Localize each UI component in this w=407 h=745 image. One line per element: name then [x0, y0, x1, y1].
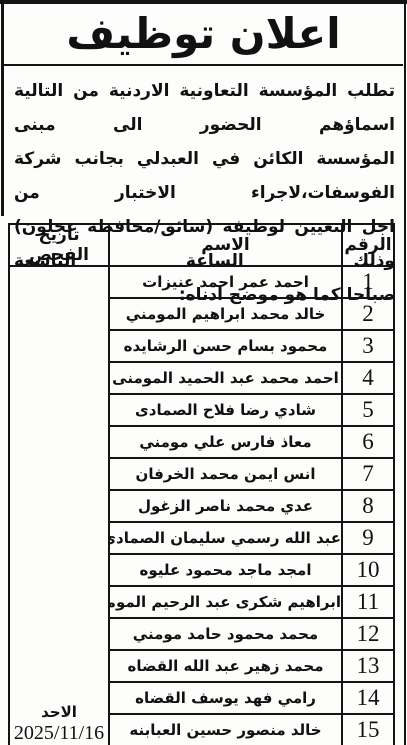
header-exam-date: تاريخ الفحص [9, 224, 109, 266]
applicant-number: 5 [342, 394, 394, 426]
body-line: تطلب المؤسسة التعاونية الاردنية من التال… [14, 74, 395, 142]
announcement-header-box: اعلان توظيف تطلب المؤسسة التعاونية الارد… [1, 4, 403, 216]
table-header-row: الرقم الاسم تاريخ الفحص [9, 224, 394, 266]
applicant-number: 14 [342, 682, 394, 714]
applicant-name: معاذ فارس علي مومني [109, 426, 342, 458]
table-body: 1 احمد عمر احمد عنيزات الاحد 2025/11/16 … [9, 266, 394, 745]
exam-day-label: الاحد [10, 702, 108, 722]
applicant-name: انس ايمن محمد الخرفان [109, 458, 342, 490]
applicant-number: 3 [342, 330, 394, 362]
applicant-number: 15 [342, 714, 394, 745]
announcement-title: اعلان توظيف [4, 4, 403, 66]
applicants-table: الرقم الاسم تاريخ الفحص 1 احمد عمر احمد … [8, 223, 395, 745]
applicant-number: 2 [342, 298, 394, 330]
applicant-name: شادي رضا فلاح الصمادى [109, 394, 342, 426]
applicant-number: 10 [342, 554, 394, 586]
applicant-name: محمد محمود حامد مومني [109, 618, 342, 650]
newspaper-job-ad: اعلان توظيف تطلب المؤسسة التعاونية الارد… [0, 0, 407, 745]
applicant-number: 6 [342, 426, 394, 458]
applicant-number: 7 [342, 458, 394, 490]
applicant-number: 4 [342, 362, 394, 394]
applicant-number: 1 [342, 266, 394, 298]
table-row: 1 احمد عمر احمد عنيزات الاحد 2025/11/16 [9, 266, 394, 298]
applicant-number: 8 [342, 490, 394, 522]
header-number: الرقم [342, 224, 394, 266]
applicant-number: 9 [342, 522, 394, 554]
applicant-number: 11 [342, 586, 394, 618]
right-border-rule [404, 0, 406, 745]
applicant-number: 12 [342, 618, 394, 650]
applicant-name: عبد الله رسمي سليمان الصمادى [109, 522, 342, 554]
body-line: المؤسسة الكائن في العبدلي بجانب شركة الف… [14, 142, 395, 210]
applicant-name: خالد محمد ابراهيم المومني [109, 298, 342, 330]
applicant-number: 13 [342, 650, 394, 682]
applicant-name: خالد منصور حسين العبابنه [109, 714, 342, 745]
applicant-name: محمد زهير عبد الله القضاه [109, 650, 342, 682]
applicant-name: ابراهيم شكرى عبد الرحيم المومني [109, 586, 342, 618]
applicant-name: احمد عمر احمد عنيزات [109, 266, 342, 298]
applicant-name: رامي فهد يوسف القضاه [109, 682, 342, 714]
exam-date-value: 2025/11/16 [10, 722, 108, 745]
exam-date-cell: الاحد 2025/11/16 [9, 266, 109, 745]
applicant-name: محمود بسام حسن الرشايده [109, 330, 342, 362]
applicant-name: عدي محمد ناصر الزغول [109, 490, 342, 522]
applicant-name: احمد محمد عبد الحميد المومنى [109, 362, 342, 394]
header-name: الاسم [109, 224, 342, 266]
applicant-name: امجد ماجد محمود عليوه [109, 554, 342, 586]
